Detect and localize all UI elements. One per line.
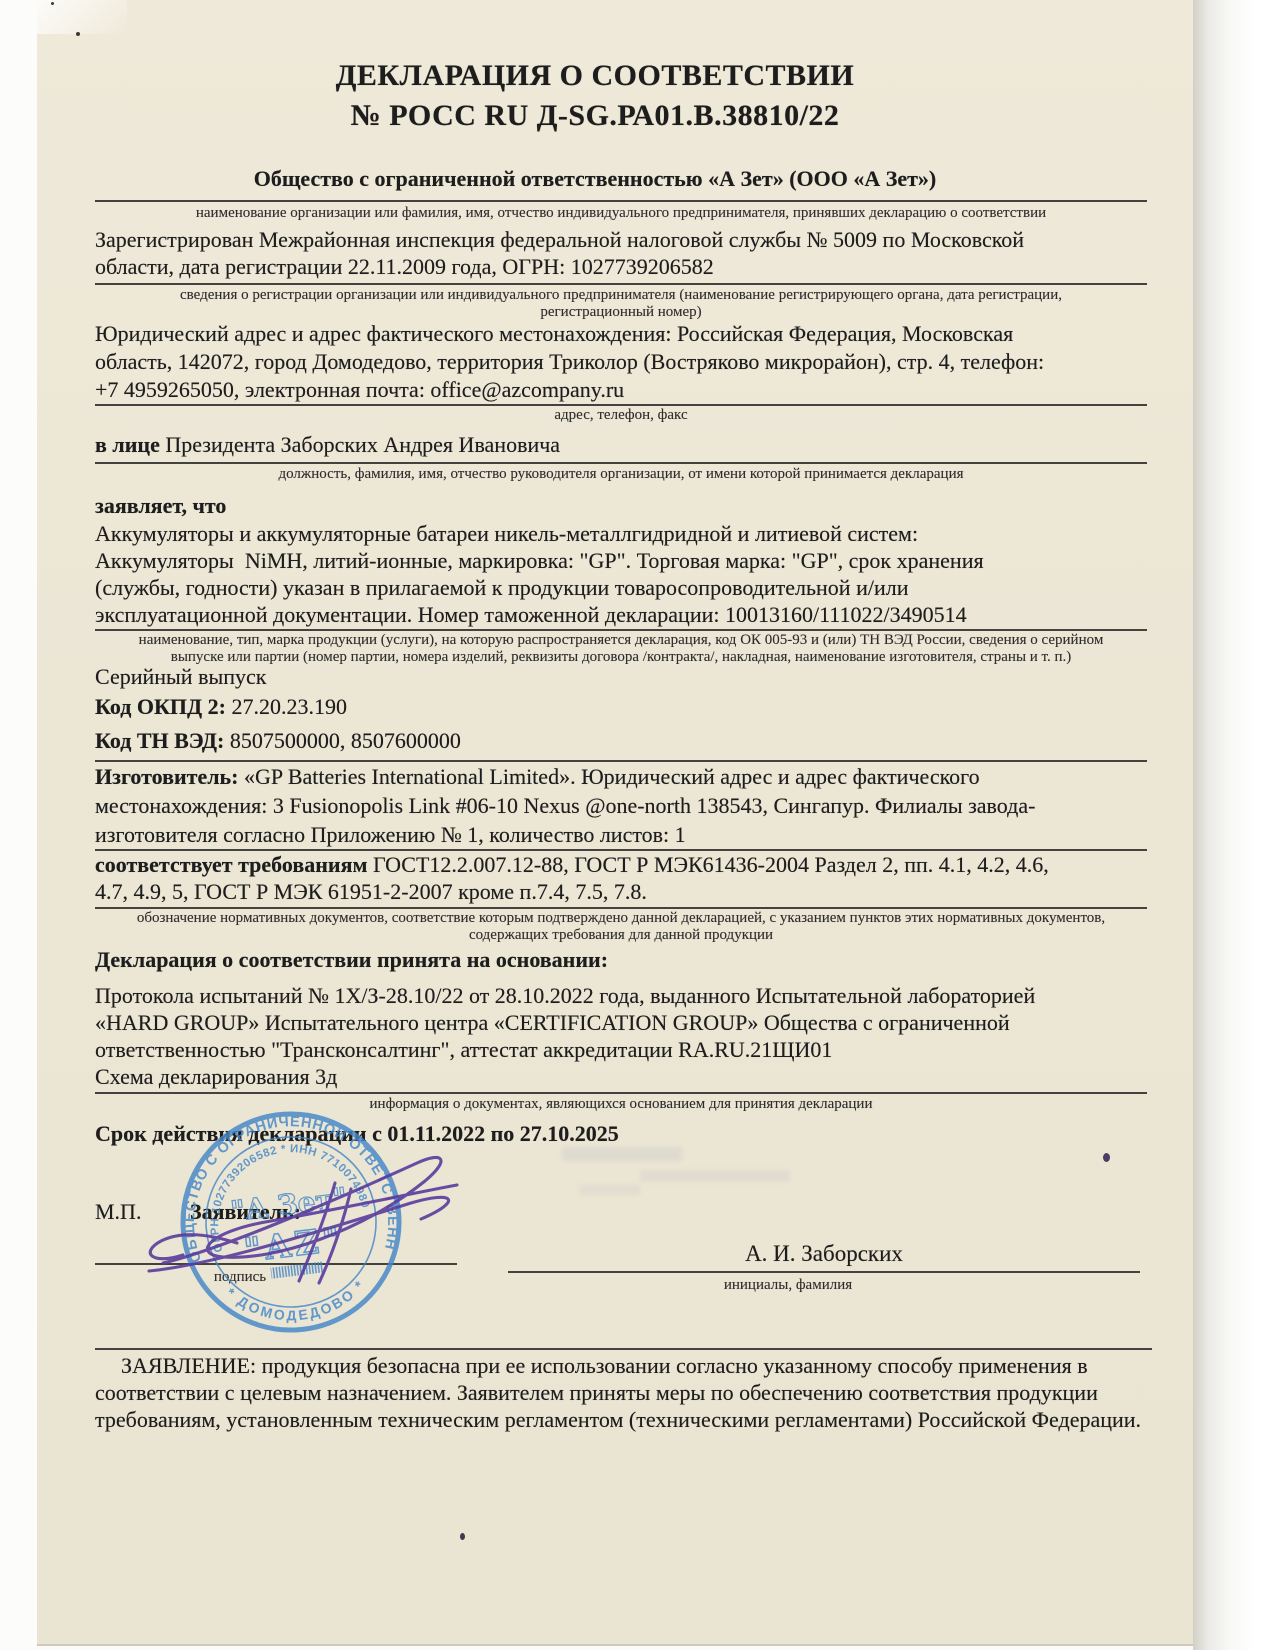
- divider: [95, 1092, 1147, 1094]
- org-name: Общество с ограниченной ответственностью…: [70, 166, 1120, 192]
- scanner-margin-bottom: [37, 1644, 1193, 1650]
- represented-by-caption: должность, фамилия, имя, отчество руково…: [95, 466, 1147, 483]
- scan-ghost-smudge: [640, 1170, 790, 1182]
- okpd-code: Код ОКПД 2: 27.20.23.190: [95, 693, 1155, 720]
- scan-ghost-smudge: [562, 1147, 682, 1161]
- scan-corner-artifact: [37, 0, 127, 34]
- divider: [95, 283, 1147, 285]
- represented-by-label: в лице: [95, 432, 165, 457]
- declares-label: заявляет, что: [95, 492, 1155, 519]
- divider: [95, 907, 1147, 909]
- product-description: Аккумуляторы и аккумуляторные батареи ни…: [95, 520, 1155, 628]
- scan-ghost-smudge: [580, 1185, 640, 1195]
- represented-by: в лице Президента Заборских Андрея Ивано…: [95, 431, 1155, 458]
- signatory-name: А. И. Заборских: [508, 1240, 1140, 1267]
- scanner-margin-left: [0, 0, 37, 1650]
- manufacturer: Изготовитель: «GP Batteries Internationa…: [95, 762, 1155, 849]
- scan-speck: [1103, 1153, 1110, 1162]
- tnved-label: Код ТН ВЭД:: [95, 728, 230, 753]
- title-line-1: ДЕКЛАРАЦИЯ О СООТВЕТСТВИИ: [70, 56, 1120, 96]
- scan-speck: [51, 2, 54, 5]
- okpd-label: Код ОКПД 2:: [95, 694, 232, 719]
- divider: [95, 1348, 1152, 1350]
- signature-stroke: [163, 1157, 457, 1263]
- basis-heading: Декларация о соответствии принята на осн…: [95, 946, 1155, 973]
- signatory-caption: инициалы, фамилия: [458, 1277, 1118, 1294]
- tnved-code: Код ТН ВЭД: 8507500000, 8507600000: [95, 727, 1155, 754]
- conformity-caption: обозначение нормативных документов, соот…: [95, 910, 1147, 944]
- represented-by-value: Президента Заборских Андрея Ивановича: [165, 432, 560, 457]
- manufacturer-label: Изготовитель:: [95, 764, 244, 789]
- document-title: ДЕКЛАРАЦИЯ О СООТВЕТСТВИИ № РОСС RU Д-SG…: [70, 56, 1120, 136]
- org-name-caption: наименование организации или фамилия, им…: [95, 205, 1147, 222]
- signatory-line: [508, 1271, 1140, 1273]
- product-caption: наименование, тип, марка продукции (услу…: [95, 632, 1147, 666]
- address-caption: адрес, телефон, факс: [95, 407, 1147, 424]
- registration-caption: сведения о регистрации организации или и…: [95, 287, 1147, 321]
- divider: [95, 404, 1147, 406]
- basis-text: Протокола испытаний № 1Х/З-28.10/22 от 2…: [95, 982, 1155, 1090]
- handwritten-signature: [125, 1133, 485, 1288]
- registration-info: Зарегистрирован Межрайонная инспекция фе…: [95, 226, 1155, 280]
- title-line-2: № РОСС RU Д-SG.РА01.В.38810/22: [70, 96, 1120, 136]
- divider: [95, 629, 1147, 631]
- scan-speck: [460, 1533, 465, 1540]
- tnved-value: 8507500000, 8507600000: [230, 728, 461, 753]
- conformity-label: соответствует требованиям: [95, 852, 373, 877]
- serial-release: Серийный выпуск: [95, 663, 1155, 690]
- conformity: соответствует требованиям ГОСТ12.2.007.1…: [95, 851, 1155, 905]
- scanner-margin-right: [1193, 0, 1275, 1650]
- divider: [95, 462, 1147, 464]
- scan-speck: [76, 32, 80, 36]
- scanned-declaration-screenshot: ДЕКЛАРАЦИЯ О СООТВЕТСТВИИ № РОСС RU Д-SG…: [0, 0, 1275, 1650]
- legal-address: Юридический адрес и адрес фактического м…: [95, 320, 1155, 404]
- divider: [95, 200, 1147, 202]
- okpd-value: 27.20.23.190: [232, 694, 348, 719]
- safety-statement: ЗАЯВЛЕНИЕ: продукция безопасна при ее ис…: [95, 1352, 1155, 1433]
